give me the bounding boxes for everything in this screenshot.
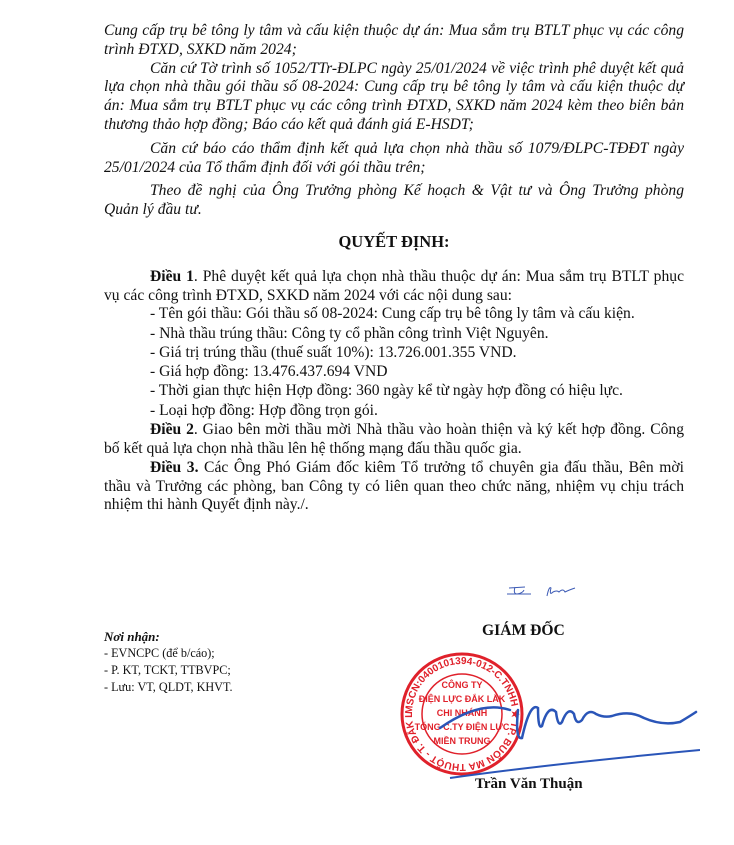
article-1-item: - Giá hợp đồng: 13.476.437.694 VND <box>104 363 684 382</box>
article-3: Điều 3. Các Ông Phó Giám đốc kiêm Tổ trư… <box>104 459 684 515</box>
theo-de-nghi: Theo đề nghị của Ông Trưởng phòng Kế hoạ… <box>104 182 684 220</box>
article-2-label: Điều 2 <box>150 421 194 438</box>
director-signature-icon <box>400 660 700 790</box>
signer-name: Trần Văn Thuận <box>475 776 583 793</box>
article-1-label: Điều 1 <box>150 268 194 285</box>
article-1-item: - Nhà thầu trúng thầu: Công ty cổ phần c… <box>104 325 684 344</box>
article-2: Điều 2. Giao bên mời thầu mời Nhà thầu v… <box>104 421 684 459</box>
recipients-block: Nơi nhận: - EVNCPC (để b/cáo); - P. KT, … <box>104 628 233 696</box>
can-cu-to-trinh: Căn cứ Tờ trình số 1052/TTr-ĐLPC ngày 25… <box>104 60 684 135</box>
recipient-item: - EVNCPC (để b/cáo); <box>104 645 233 662</box>
signer-role: GIÁM ĐỐC <box>482 622 565 640</box>
recipient-item: - P. KT, TCKT, TTBVPC; <box>104 662 233 679</box>
article-1-item: - Loại hợp đồng: Hợp đồng trọn gói. <box>104 402 684 421</box>
can-cu-bao-cao: Căn cứ báo cáo thẩm định kết quả lựa chọ… <box>104 140 684 178</box>
recipient-item: - Lưu: VT, QLDT, KHVT. <box>104 679 233 696</box>
article-1: Điều 1. Phê duyệt kết quả lựa chọn nhà t… <box>104 268 684 306</box>
article-1-item: - Tên gói thầu: Gói thầu số 08-2024: Cun… <box>104 305 684 324</box>
preamble-continuation: Cung cấp trụ bê tông ly tâm và cấu kiện … <box>104 22 684 60</box>
article-1-item: - Giá trị trúng thầu (thuế suất 10%): 13… <box>104 344 684 363</box>
article-1-item: - Thời gian thực hiện Hợp đồng: 360 ngày… <box>104 382 684 401</box>
decision-title: QUYẾT ĐỊNH: <box>104 233 684 252</box>
initials-signature-icon <box>505 582 585 602</box>
article-3-label: Điều 3. <box>150 459 198 476</box>
recipients-label: Nơi nhận: <box>104 628 233 645</box>
document-body: Cung cấp trụ bê tông ly tâm và cấu kiện … <box>104 22 684 515</box>
